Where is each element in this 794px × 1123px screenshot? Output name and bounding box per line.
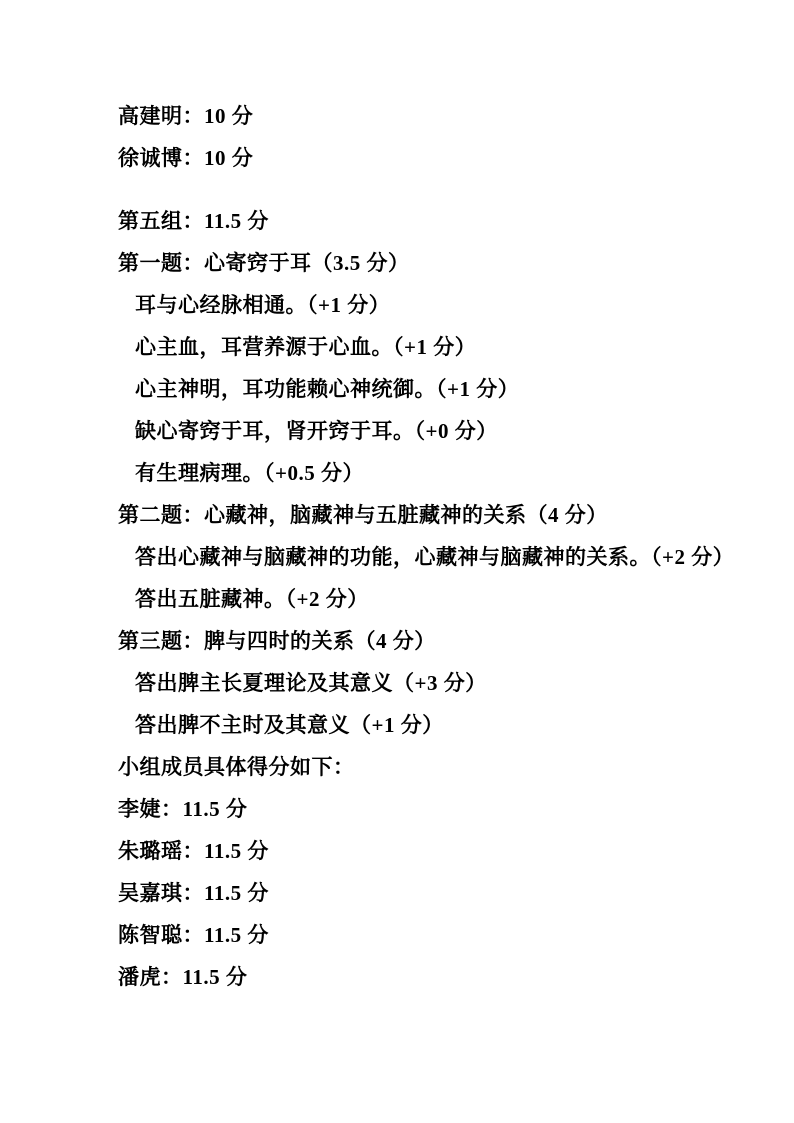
scoring-point-line: 答出五脏藏神。（+2 分） [118, 578, 754, 620]
member-score-line: 李婕：11.5 分 [118, 788, 754, 830]
scoring-point-line: 答出心藏神与脑藏神的功能，心藏神与脑藏神的关系。（+2 分） [118, 536, 754, 578]
scoring-point-line: 答出脾主长夏理论及其意义（+3 分） [118, 662, 754, 704]
scoring-point-line: 答出脾不主时及其意义（+1 分） [118, 704, 754, 746]
scoring-point-line: 有生理病理。（+0.5 分） [118, 452, 754, 494]
scoring-point-line: 心主神明，耳功能赖心神统御。（+1 分） [118, 368, 754, 410]
member-score-line: 朱璐瑶：11.5 分 [118, 830, 754, 872]
member-score-line: 吴嘉琪：11.5 分 [118, 872, 754, 914]
blank-line [118, 179, 754, 200]
member-score-line: 陈智聪：11.5 分 [118, 914, 754, 956]
question-3-heading: 第三题：脾与四时的关系（4 分） [118, 620, 754, 662]
group-score-line: 第五组：11.5 分 [118, 200, 754, 242]
document-page: 高建明：10 分 徐诚博：10 分 第五组：11.5 分 第一题：心寄窍于耳（3… [0, 0, 794, 1123]
member-score-line: 潘虎：11.5 分 [118, 956, 754, 998]
scoring-point-line: 耳与心经脉相通。（+1 分） [118, 284, 754, 326]
members-scores-intro-line: 小组成员具体得分如下： [118, 746, 754, 788]
scoring-point-line: 缺心寄窍于耳，肾开窍于耳。（+0 分） [118, 410, 754, 452]
scoring-point-line: 心主血，耳营养源于心血。（+1 分） [118, 326, 754, 368]
member-score-line: 徐诚博：10 分 [118, 137, 754, 179]
question-1-heading: 第一题：心寄窍于耳（3.5 分） [118, 242, 754, 284]
document-content: 高建明：10 分 徐诚博：10 分 第五组：11.5 分 第一题：心寄窍于耳（3… [118, 95, 754, 998]
question-2-heading: 第二题：心藏神，脑藏神与五脏藏神的关系（4 分） [118, 494, 754, 536]
member-score-line: 高建明：10 分 [118, 95, 754, 137]
